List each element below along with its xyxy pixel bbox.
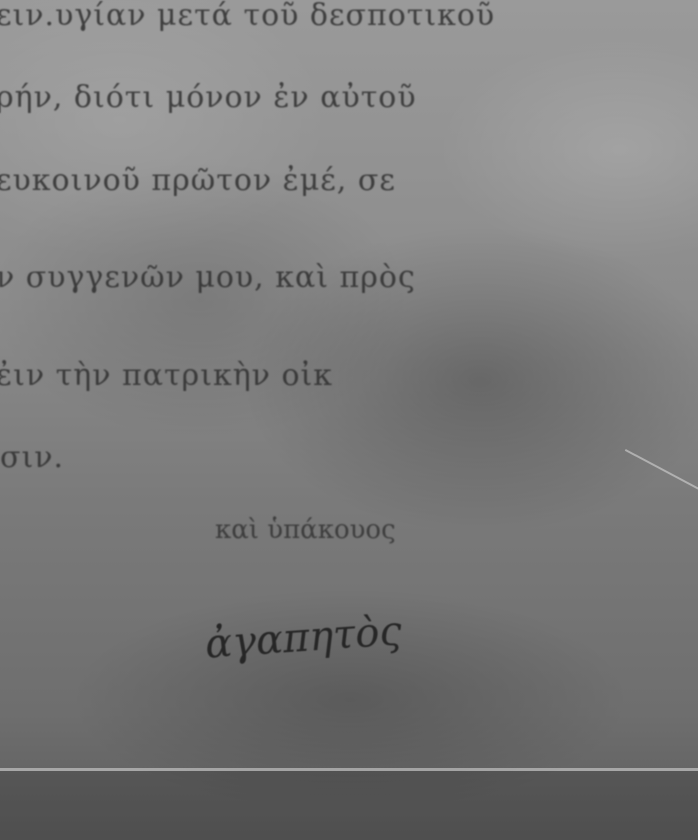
closing-phrase: καὶ ὑπάκουος <box>215 515 396 545</box>
text-line-5: ἐιν τὴν πατρικὴν οἰκ <box>0 358 333 393</box>
text-line-1: ειν.υγίαν μετά τοῦ δεσποτικοῦ <box>0 0 495 33</box>
text-line-2: ρήν, διότι μόνον ἐν αὐτοῦ <box>0 80 417 115</box>
text-line-3: ευκοινοῦ πρῶτον ἐμέ, σε <box>0 163 396 198</box>
paper-crease <box>625 449 698 493</box>
text-line-4: ν συγγενῶν μου, καὶ πρὸς <box>0 260 416 295</box>
text-line-6: σιν. <box>0 440 64 475</box>
paper-bottom-edge <box>0 771 698 840</box>
handwritten-signature: ἀγαπητὸς <box>204 608 404 668</box>
